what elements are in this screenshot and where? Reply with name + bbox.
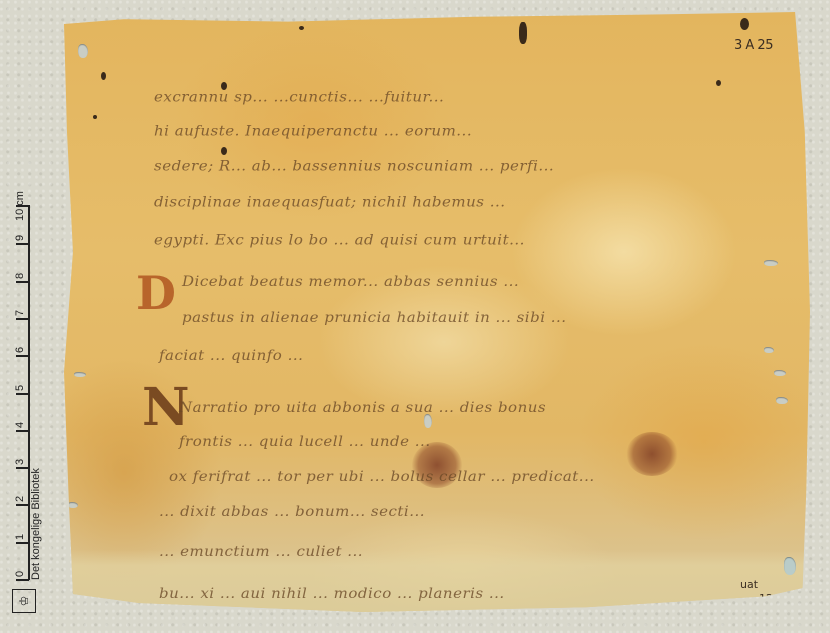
worm-hole — [68, 502, 78, 508]
manuscript-line: hi aufuste. Inaequiperanctu ... eorum... — [154, 122, 472, 139]
worm-hole — [774, 370, 786, 376]
ruler-tick — [16, 542, 29, 544]
manuscript-line: ox ferifrat ... tor per ubi ... bolus ce… — [169, 467, 595, 484]
tick-label-8: 8 — [14, 265, 26, 279]
tick-label-10: 10 cm — [14, 181, 26, 221]
pin-hole — [716, 80, 721, 86]
tick-label-0: 0 — [14, 563, 26, 577]
ruler-tick — [16, 281, 29, 283]
worm-hole — [784, 557, 796, 575]
parchment-leaf: 3 A 25 uat 12 D N excrannu sp... ...cunc… — [64, 12, 810, 612]
manuscript-line: excrannu sp... ...cunctis... ...fuitur..… — [154, 88, 444, 105]
manuscript-line: ... emunctium ... culiet ... — [159, 542, 363, 559]
ruler-tick — [16, 393, 29, 395]
worm-hole — [776, 397, 788, 404]
wax-stain — [626, 432, 678, 476]
manuscript-line: frontis ... quia lucell ... unde ... — [179, 432, 431, 449]
institution-label: Det kongelige Bibliotek — [30, 468, 42, 580]
tick-label-3: 3 — [14, 451, 26, 465]
ruler-tick — [16, 467, 29, 469]
pin-hole — [101, 72, 106, 80]
tick-label-6: 6 — [14, 339, 26, 353]
foliation-note: uat — [740, 578, 758, 591]
worm-hole — [764, 260, 778, 266]
pin-hole — [299, 26, 304, 30]
pin-hole — [93, 115, 97, 119]
binding-hole — [740, 18, 749, 30]
tick-label-9: 9 — [14, 227, 26, 241]
worm-hole — [764, 347, 774, 353]
manuscript-line: bu... xi ... aui nihil ... modico ... pl… — [159, 584, 505, 601]
crown-icon: ♔ — [12, 589, 36, 613]
manuscript-line: egypti. Exc pius lo bo ... ad quisi cum … — [154, 231, 525, 248]
manuscript-line: Narratio pro uita abbonis a sua ... dies… — [179, 398, 546, 415]
manuscript-line: disciplinae inaequasfuat; nichil habemus… — [154, 193, 506, 210]
worm-hole — [424, 414, 432, 428]
ruler-tick — [16, 579, 29, 581]
manuscript-line: sedere; R... ab... bassennius noscuniam … — [154, 157, 554, 174]
manuscript-line: ... dixit abbas ... bonum... secti... — [159, 502, 425, 519]
manuscript-line: faciat ... quinfo ... — [159, 346, 303, 363]
worm-hole — [74, 372, 86, 377]
document-photo: 3 A 25 uat 12 D N excrannu sp... ...cunc… — [0, 0, 830, 633]
folio-number: 12 — [759, 592, 773, 605]
tick-label-5: 5 — [14, 377, 26, 391]
manuscript-line: Dicebat beatus memor... abbas sennius ..… — [182, 272, 519, 289]
pin-hole — [221, 147, 227, 155]
ruler-tick — [16, 318, 29, 320]
tick-label-2: 2 — [14, 488, 26, 502]
binding-hole — [519, 22, 527, 44]
ruler-tick — [16, 430, 29, 432]
shelfmark: 3 A 25 — [734, 38, 773, 53]
ruler-tick — [16, 504, 29, 506]
tick-label-4: 4 — [14, 414, 26, 428]
manuscript-line: pastus in alienae prunicia habitauit in … — [182, 308, 567, 325]
decorated-initial-d: D — [136, 270, 176, 316]
tick-label-7: 7 — [14, 302, 26, 316]
tick-label-1: 1 — [14, 526, 26, 540]
worm-hole — [78, 44, 88, 58]
ruler-tick — [16, 355, 29, 357]
ruler-tick — [16, 243, 29, 245]
scale-ruler: 0 1 2 3 4 5 6 7 8 9 10 cm Det kongelige … — [0, 185, 40, 617]
